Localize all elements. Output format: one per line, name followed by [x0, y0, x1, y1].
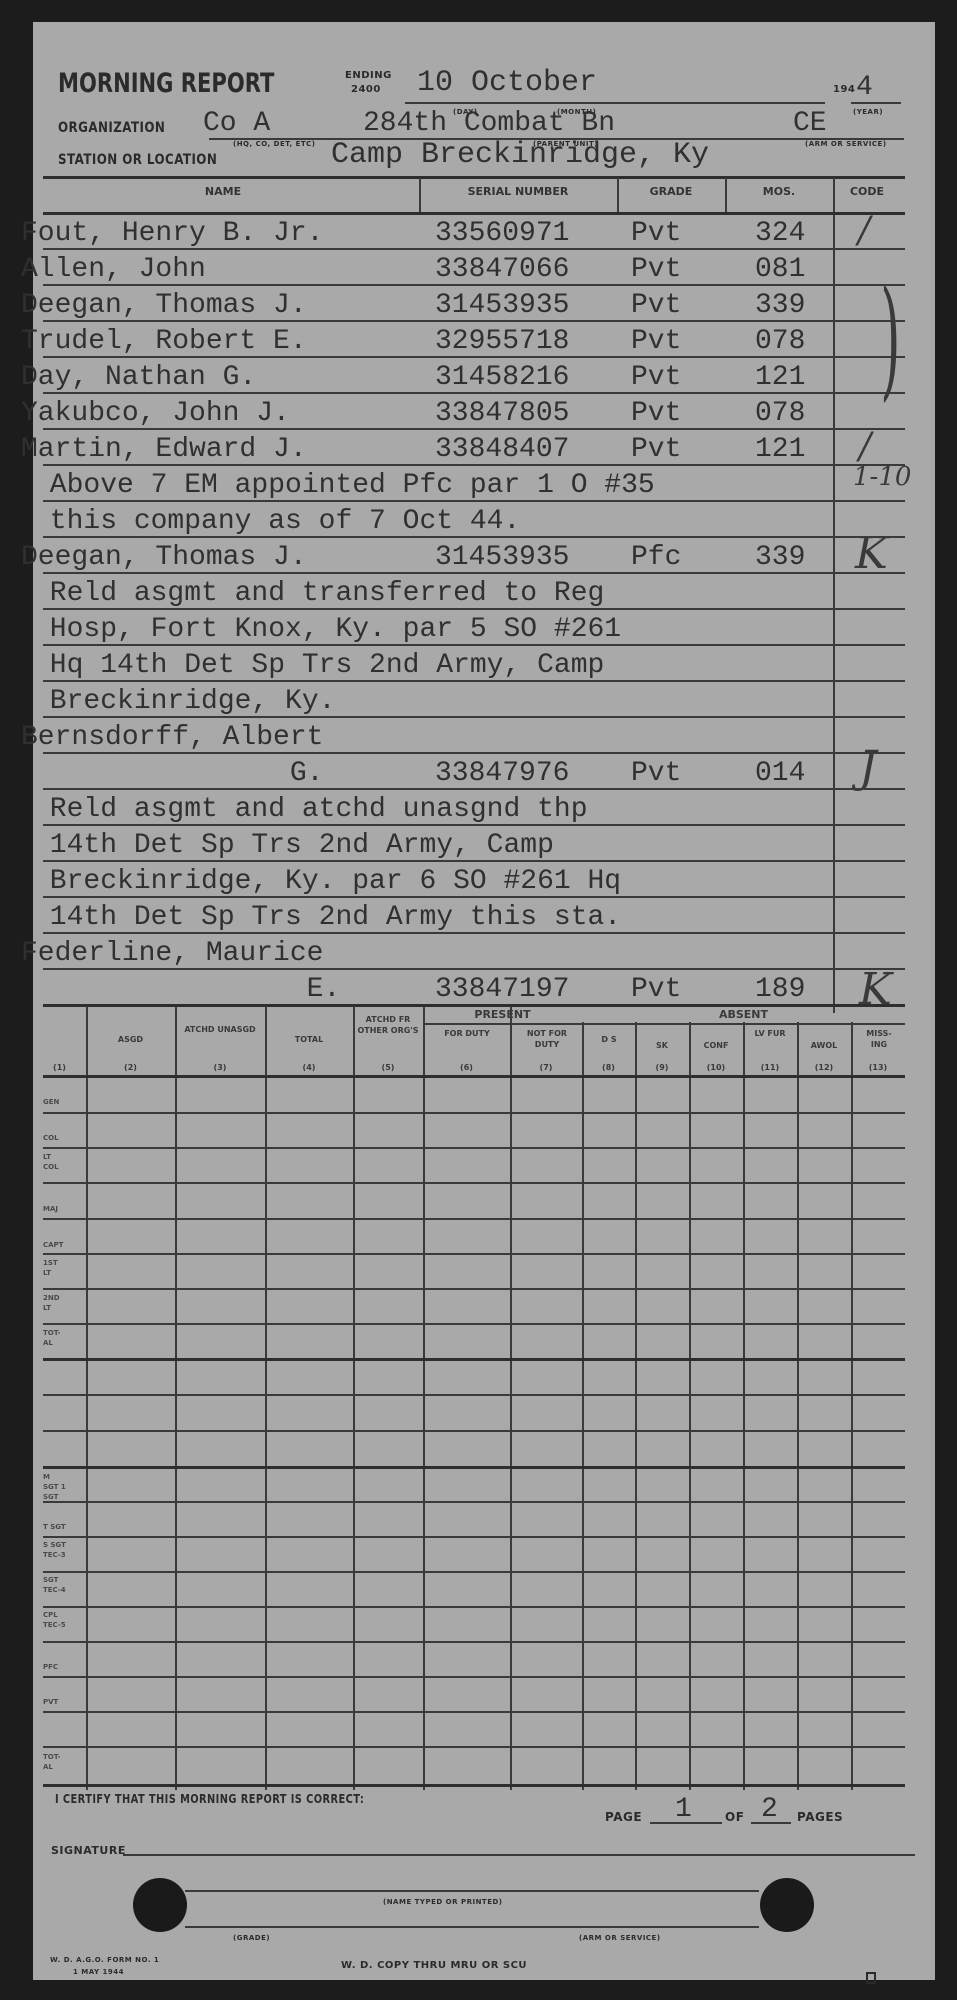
col-num: (7) — [510, 1062, 582, 1073]
col-num: (1) — [33, 1062, 86, 1073]
col-not-for-duty: NOT FOR DUTY — [518, 1028, 576, 1050]
code-bracket-mark: ) — [880, 262, 900, 414]
row-label: SGT TEC-4 — [43, 1575, 67, 1595]
station-value: Camp Breckinridge, Ky — [331, 138, 709, 172]
name: Martin, Edward J. — [21, 434, 307, 465]
organization-arm: CE — [793, 108, 827, 139]
row-label: GEN — [43, 1097, 59, 1107]
roster-remark-line: Breckinridge, Ky. — [33, 682, 863, 716]
roster-line: Martin, Edward J. 33848407 Pvt 121 — [33, 430, 863, 464]
col-num: (5) — [353, 1062, 423, 1073]
col-ds: D S — [585, 1034, 633, 1045]
roster-line: Allen, John 33847066 Pvt 081 — [33, 250, 863, 284]
remark-text: 14th Det Sp Trs 2nd Army, Camp — [33, 830, 554, 861]
serial: 33848407 — [435, 434, 569, 465]
page-label: PAGE — [605, 1810, 642, 1824]
signature-label: SIGNATURE — [51, 1844, 126, 1857]
col-asgd: ASGD — [86, 1034, 175, 1045]
name: Day, Nathan G. — [21, 362, 256, 393]
roster-remark-line: Reld asgmt and atchd unasgnd thp — [33, 790, 863, 824]
col-divider — [617, 178, 619, 214]
name: Deegan, Thomas J. — [21, 542, 307, 573]
name-line[interactable] — [185, 1890, 759, 1892]
serial: 31453935 — [435, 290, 569, 321]
year-sublabel: (YEAR) — [853, 108, 883, 116]
grade: Pvt — [631, 434, 681, 465]
col-num: (13) — [851, 1062, 905, 1073]
col-header-code: CODE — [837, 185, 897, 198]
org-arm-sublabel: (ARM OR SERVICE) — [805, 140, 887, 148]
roster-line: Bernsdorff, Albert — [33, 718, 863, 752]
remark-text: Hq 14th Det Sp Trs 2nd Army, Camp — [33, 650, 604, 681]
col-num: (8) — [582, 1062, 635, 1073]
checkbox-icon[interactable] — [866, 1972, 876, 1984]
pages-label: PAGES — [797, 1810, 843, 1824]
name: Yakubco, John J. — [21, 398, 290, 429]
row-label: 2ND LT — [43, 1293, 65, 1313]
serial: 31458216 — [435, 362, 569, 393]
name: Deegan, Thomas J. — [21, 290, 307, 321]
mos: 189 — [755, 974, 805, 1005]
date-underline — [405, 102, 825, 104]
grade: Pvt — [631, 218, 681, 249]
roster-remark-line: 14th Det Sp Trs 2nd Army this sta. — [33, 898, 863, 932]
row-label: 1ST LT — [43, 1258, 65, 1278]
name-sublabel: (NAME TYPED OR PRINTED) — [383, 1898, 503, 1906]
total-pages: 2 — [761, 1794, 778, 1825]
serial: 33847197 — [435, 974, 569, 1005]
col-num: (11) — [743, 1062, 797, 1073]
col-num: (6) — [423, 1062, 510, 1073]
certify-text: I CERTIFY THAT THIS MORNING REPORT IS CO… — [55, 1792, 364, 1806]
row-label: M SGT 1 SGT — [43, 1472, 67, 1502]
name: Fout, Henry B. Jr. — [21, 218, 323, 249]
grade: Pvt — [631, 398, 681, 429]
roster-line: Deegan, Thomas J. 31453935 Pvt 339 — [33, 286, 863, 320]
mos: 078 — [755, 326, 805, 357]
col-for-duty: FOR DUTY — [438, 1028, 496, 1039]
col-awol: AWOL — [799, 1040, 849, 1051]
serial: 33847066 — [435, 254, 569, 285]
col-header-mos: MOS. — [729, 185, 829, 198]
signature-line[interactable] — [123, 1854, 915, 1856]
ending-time-label: 2400 — [351, 84, 381, 95]
report-date: 10 October — [417, 66, 597, 100]
grade: Pvt — [631, 758, 681, 789]
col-conf: CONF — [691, 1040, 741, 1051]
year-value: 4 — [856, 72, 873, 103]
organization-label: ORGANIZATION — [58, 120, 165, 136]
remark-text: Breckinridge, Ky. — [33, 686, 335, 717]
col-header-grade: GRADE — [621, 185, 721, 198]
col-num: (12) — [797, 1062, 851, 1073]
present-header: PRESENT — [423, 1009, 582, 1020]
col-atchd-unasgd: ATCHD UNASGD — [183, 1024, 257, 1035]
roster-line: Yakubco, John J. 33847805 Pvt 078 — [33, 394, 863, 428]
remark-text: Reld asgmt and transferred to Reg — [33, 578, 604, 609]
col-sk: SK — [637, 1040, 687, 1051]
code-mark: K — [859, 964, 892, 1015]
remark-text: Above 7 EM appointed Pfc par 1 O #35 — [33, 470, 655, 501]
remark-text: Breckinridge, Ky. par 6 SO #261 Hq — [33, 866, 621, 897]
name: Federline, Maurice — [21, 938, 323, 969]
roster-remark-line: Reld asgmt and transferred to Reg — [33, 574, 863, 608]
grade: Pvt — [631, 326, 681, 357]
mos: 121 — [755, 362, 805, 393]
punch-hole-right — [760, 1878, 814, 1932]
name: G. — [21, 758, 323, 789]
code-mark: J — [859, 742, 877, 793]
row-label: CAPT — [43, 1240, 63, 1250]
roster-remark-line: 14th Det Sp Trs 2nd Army, Camp — [33, 826, 863, 860]
roster-remark-line: Above 7 EM appointed Pfc par 1 O #35 — [33, 466, 863, 500]
row-label: COL — [43, 1133, 59, 1143]
roster-line: Federline, Maurice — [33, 934, 863, 968]
form-date: 1 MAY 1944 — [73, 1968, 124, 1976]
col-num: (9) — [635, 1062, 689, 1073]
col-total: TOTAL — [265, 1034, 353, 1045]
grade-arm-line[interactable] — [185, 1926, 759, 1928]
grade: Pvt — [631, 974, 681, 1005]
row-label: TOT-AL — [43, 1328, 65, 1348]
mos: 014 — [755, 758, 805, 789]
grade: Pvt — [631, 290, 681, 321]
name: Allen, John — [21, 254, 206, 285]
row-label: LT COL — [43, 1152, 65, 1172]
row-label: CPL TEC-5 — [43, 1610, 67, 1630]
remark-text: Reld asgmt and atchd unasgnd thp — [33, 794, 588, 825]
mos: 339 — [755, 290, 805, 321]
morning-report-form: MORNING REPORT ENDING 2400 10 October 19… — [33, 22, 935, 1980]
roster-line: Trudel, Robert E. 32955718 Pvt 078 — [33, 322, 863, 356]
year-prefix: 194 — [833, 84, 855, 95]
roster-line: G. 33847976 Pvt 014 — [33, 754, 863, 788]
col-num: (4) — [265, 1062, 353, 1073]
name: E. — [21, 974, 340, 1005]
code-mark: 1-10 — [853, 462, 911, 492]
row-label: S SGT TEC-3 — [43, 1540, 67, 1560]
of-label: OF — [725, 1810, 744, 1824]
grade: Pvt — [631, 362, 681, 393]
mos: 121 — [755, 434, 805, 465]
roster-remark-line: Hosp, Fort Knox, Ky. par 5 SO #261 — [33, 610, 863, 644]
form-number: W. D. A.G.O. FORM NO. 1 — [50, 1956, 159, 1964]
serial: 33847976 — [435, 758, 569, 789]
mos: 324 — [755, 218, 805, 249]
roster-line: Deegan, Thomas J. 31453935 Pfc 339 — [33, 538, 863, 572]
roster-line: Fout, Henry B. Jr. 33560971 Pvt 324 — [33, 214, 863, 248]
serial: 33847805 — [435, 398, 569, 429]
grade-sublabel: (GRADE) — [233, 1934, 270, 1942]
punch-hole-left — [133, 1878, 187, 1932]
page-number: 1 — [675, 1794, 692, 1825]
organization-parent: 284th Combat Bn — [363, 108, 615, 139]
name: Bernsdorff, Albert — [21, 722, 323, 753]
mos: 081 — [755, 254, 805, 285]
code-mark: / — [859, 426, 871, 467]
mos: 078 — [755, 398, 805, 429]
mos: 339 — [755, 542, 805, 573]
row-label: TOT-AL — [43, 1752, 65, 1772]
pages-underline — [751, 1822, 791, 1824]
col-header-serial: SERIAL NUMBER — [423, 185, 613, 198]
roster-remark-line: Breckinridge, Ky. par 6 SO #261 Hq — [33, 862, 863, 896]
year-underline — [851, 102, 901, 104]
col-lv-fur: LV FUR — [753, 1028, 787, 1039]
col-num: (10) — [689, 1062, 743, 1073]
grade: Pvt — [631, 254, 681, 285]
row-label: MAJ — [43, 1204, 58, 1214]
serial: 32955718 — [435, 326, 569, 357]
code-mark: / — [858, 210, 870, 251]
roster-line: Day, Nathan G. 31458216 Pvt 121 — [33, 358, 863, 392]
name: Trudel, Robert E. — [21, 326, 307, 357]
roster-remark-line: this company as of 7 Oct 44. — [33, 502, 863, 536]
col-header-name: NAME — [163, 185, 283, 198]
serial: 31453935 — [435, 542, 569, 573]
form-title: MORNING REPORT — [58, 68, 274, 99]
org-unit-sublabel: (HQ, CO, DET, ETC) — [233, 140, 316, 148]
row-label: PFC — [43, 1662, 58, 1672]
roster-line: E. 33847197 Pvt 189 — [33, 970, 863, 1004]
code-mark: K — [855, 528, 888, 579]
col-num: (2) — [86, 1062, 175, 1073]
serial: 33560971 — [435, 218, 569, 249]
col-atchd-fr-other-orgs: ATCHD FR OTHER ORG'S — [355, 1014, 421, 1036]
row-label: T SGT — [43, 1522, 66, 1532]
ending-label: ENDING — [345, 70, 392, 81]
remark-text: Hosp, Fort Knox, Ky. par 5 SO #261 — [33, 614, 621, 645]
remark-text: this company as of 7 Oct 44. — [33, 506, 520, 537]
page-underline — [650, 1822, 722, 1824]
station-label: STATION OR LOCATION — [58, 152, 217, 168]
header-divider — [43, 176, 905, 179]
remark-text: 14th Det Sp Trs 2nd Army this sta. — [33, 902, 621, 933]
grade: Pfc — [631, 542, 681, 573]
absent-header: ABSENT — [582, 1009, 905, 1020]
organization-unit: Co A — [203, 108, 270, 139]
col-num: (3) — [175, 1062, 265, 1073]
row-label: PVT — [43, 1697, 58, 1707]
arm-sublabel: (ARM OR SERVICE) — [579, 1934, 661, 1942]
col-divider — [419, 178, 421, 214]
copy-note: W. D. COPY THRU MRU OR SCU — [341, 1960, 527, 1971]
col-missing: MISS-ING — [859, 1028, 899, 1050]
col-divider — [725, 178, 727, 214]
roster-remark-line: Hq 14th Det Sp Trs 2nd Army, Camp — [33, 646, 863, 680]
